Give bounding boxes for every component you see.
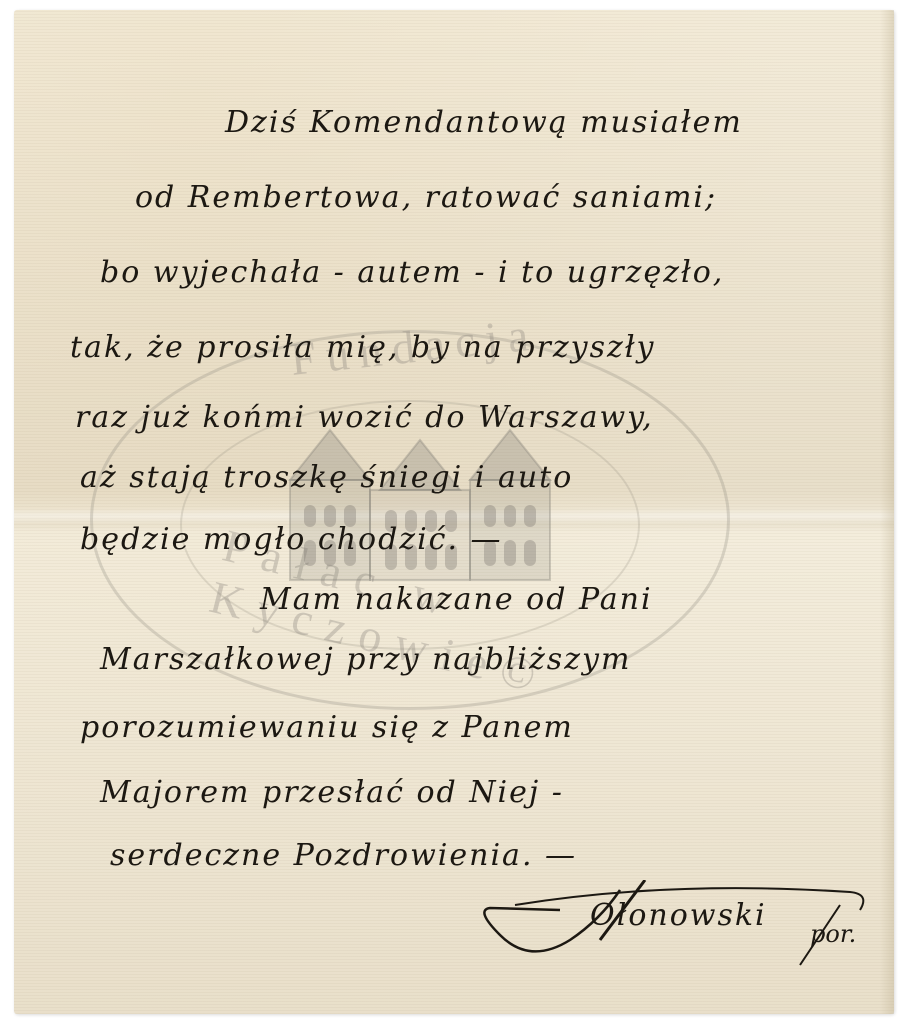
letter-line: bo wyjechała - autem - i to ugrzęzło, xyxy=(100,255,724,290)
letter-line: Marszałkowej przy najbliższym xyxy=(100,642,631,677)
letter-line: Dziś Komendantową musiałem xyxy=(225,105,743,140)
letter-line: aż stają troszkę śniegi i auto xyxy=(80,460,573,495)
letter-line: tak, że prosiła mię, by na przyszły xyxy=(70,330,656,365)
paper-edge xyxy=(880,10,894,1014)
letter-line: od Rembertowa, ratować saniami; xyxy=(135,180,717,215)
letter-line: raz już końmi wozić do Warszawy, xyxy=(75,400,654,435)
letter-line: będzie mogło chodzić. — xyxy=(80,522,503,557)
letter-line: Majorem przesłać od Niej - xyxy=(100,775,564,810)
letter-line: Mam nakazane od Pani xyxy=(260,582,653,617)
signature-rank: por. xyxy=(810,920,856,948)
signature-name: Ołonowski xyxy=(590,898,767,933)
signature: Ołonowski por. xyxy=(470,880,870,970)
letter-line: porozumiewaniu się z Panem xyxy=(80,710,574,745)
letter-line: serdeczne Pozdrowienia. — xyxy=(110,838,577,873)
